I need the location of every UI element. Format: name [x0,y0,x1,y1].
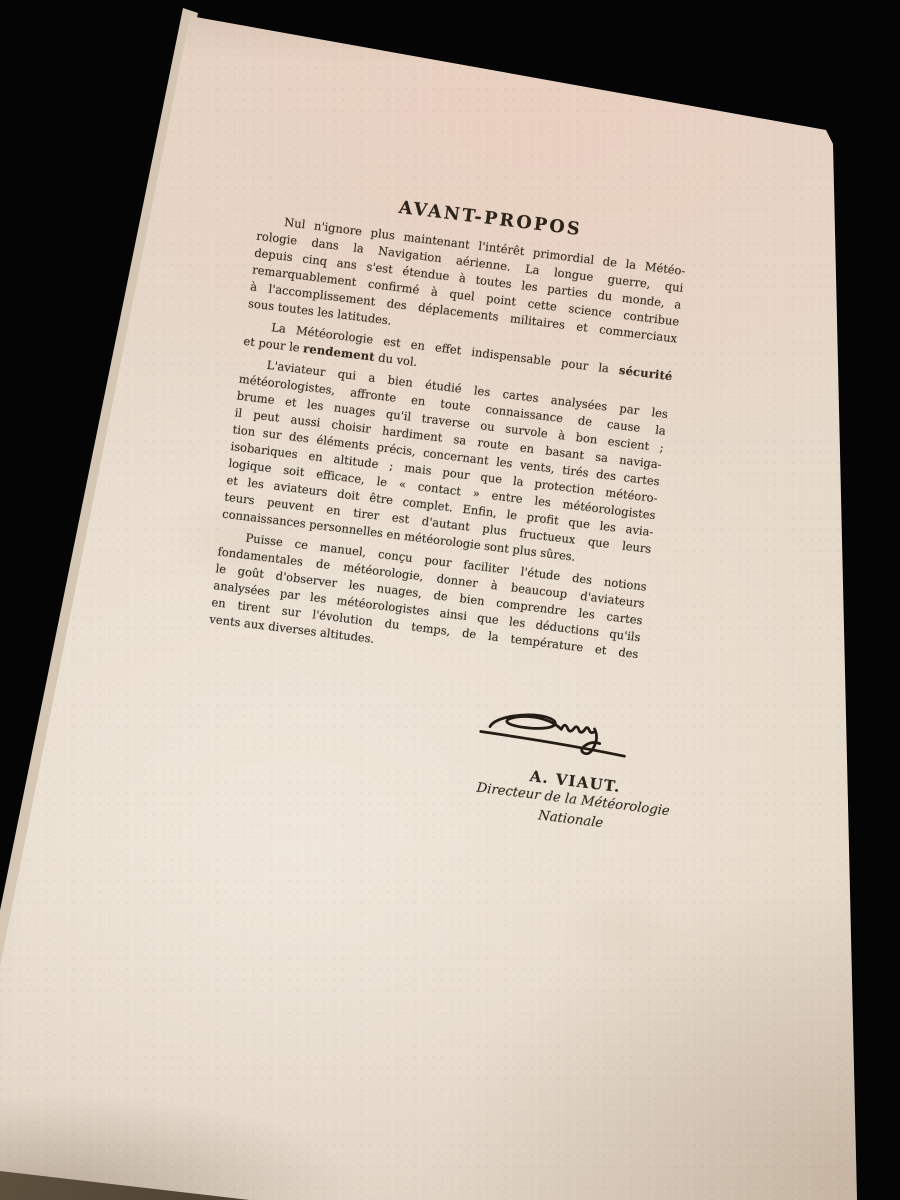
photo-background: AVANT-PROPOS Nul n'ignore plus maintenan… [0,0,900,1200]
page-content: AVANT-PROPOS Nul n'ignore plus maintenan… [189,183,689,835]
